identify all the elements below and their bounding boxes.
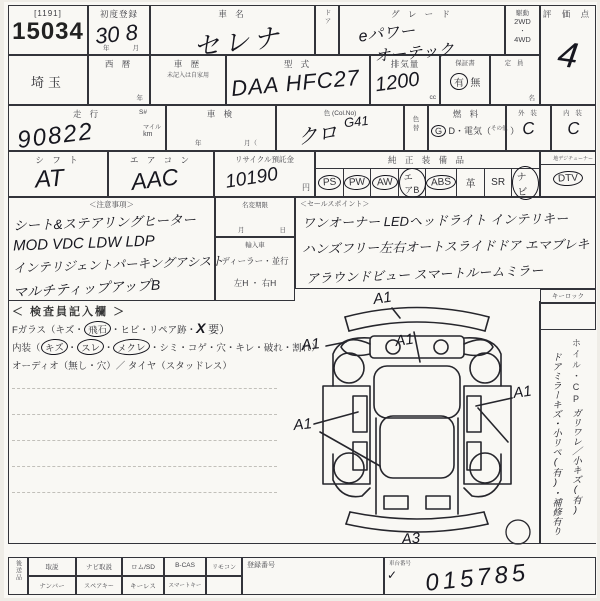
- kouso-box: 後送品: [8, 557, 28, 595]
- door-window-left-rear: [353, 442, 367, 470]
- lot-number: 15034: [9, 18, 87, 46]
- sidebar-hw-2: ドアミラーキズ・小リペ(有)・補修有り: [548, 352, 562, 544]
- equipment-item-aw: AW: [370, 169, 398, 196]
- interior-label: 内 装: [552, 108, 595, 117]
- equipment-item-ps: PS: [316, 169, 343, 196]
- cell-torisetsu: 取説: [28, 557, 76, 576]
- tuner-label: 地デジチューナー: [541, 152, 595, 165]
- guide-line: [12, 440, 277, 441]
- shareki-box: 車 歴 未記入は自家用: [150, 55, 226, 105]
- interior-line: 内装（キズ・スレ・メクレ・シミ・コゲ・穴・キレ・破れ・割れ）: [12, 339, 321, 355]
- notes-line-1: シート&ステアリングヒーター: [13, 207, 215, 234]
- displacement-box: 排気量 1200 cc: [370, 55, 440, 105]
- rear-lamp-right: [426, 496, 450, 509]
- interior-grade: C: [551, 118, 595, 141]
- shift-box: シ フ ト AT: [8, 151, 108, 197]
- cell-empty: [206, 576, 242, 595]
- fglass-mid: ・ヒビ・リペア跡・: [111, 325, 196, 336]
- door-window-right-front: [467, 396, 481, 432]
- aircon-box: エ ア コ ン AAC: [108, 151, 214, 197]
- lot-number-box: [1191] 15034: [8, 5, 88, 55]
- registration-number-box: 登録番号: [242, 557, 384, 595]
- name-change-label: 名変期限: [216, 200, 294, 209]
- shaken-label: 車 検: [167, 108, 275, 120]
- exterior-grade: C: [506, 117, 551, 141]
- equipment-item-sunroof: SR: [484, 169, 512, 196]
- sales-line-1: ワンオーナー LEDヘッドライト インテリキー: [302, 207, 595, 231]
- month-suffix: 月: [133, 43, 140, 52]
- displacement-value: 1200: [374, 66, 441, 98]
- rear-window: [380, 416, 454, 478]
- seireki-label: 西 暦: [89, 58, 149, 70]
- fglass-x-mark: X: [196, 320, 205, 336]
- fuel-label: 燃 料: [429, 108, 505, 120]
- interior-circled-kizu: キズ: [40, 338, 68, 356]
- exterior-box: 外 装 C: [506, 105, 551, 151]
- car-name-box: 車 名 セレナ: [150, 5, 315, 55]
- guide-line: [12, 466, 277, 467]
- equipment-item-airbag: エアB: [398, 169, 426, 196]
- first-registration-box: 初度登録 30 8 年 月: [88, 5, 150, 55]
- exterior-label: 外 装: [507, 108, 550, 117]
- prefecture-box: 埼玉: [8, 55, 88, 105]
- fuel-gasoline-circled: G: [431, 124, 447, 137]
- car-damage-diagram: A1 A1 A1 A1 A1 A3: [292, 284, 542, 546]
- equipment-label: 純 正 装 備 品: [316, 152, 539, 169]
- equipment-item-navi: ナビ: [511, 169, 539, 196]
- windshield: [374, 366, 460, 418]
- damage-code-left-door: A1: [292, 415, 313, 434]
- color-change-label-2: 替: [405, 123, 427, 132]
- cabin-sides: [376, 418, 458, 514]
- cell-number-plate: ナンバー: [28, 576, 76, 595]
- front-wheel-left: [334, 353, 364, 383]
- name-change-day: 日: [280, 225, 287, 234]
- color-box: 色 (Col.No) クロ G41: [276, 105, 404, 151]
- guide-line: [12, 388, 277, 389]
- fuel-box: 燃 料 G D・電気（その他 ）: [428, 105, 506, 151]
- damage-code-right-door: A1: [511, 383, 533, 403]
- cell-navi-torisetsu: ナビ取説: [76, 557, 122, 576]
- interior-pre: 内装（: [12, 343, 41, 354]
- dtv-box: 地デジチューナー DTV: [540, 151, 596, 197]
- lot-bracket: [1191]: [9, 9, 87, 18]
- chassis-number-box: 車台番号 ✓ 015785: [384, 557, 596, 595]
- recycle-yen: 円: [302, 182, 310, 193]
- year-suffix: 年: [103, 43, 110, 52]
- sidebar-hw-1: ガリワレ／小キズ(有): [568, 408, 582, 548]
- warranty-yes-circled: 有: [449, 72, 468, 90]
- cell-rom-sd: ロム/SD: [122, 557, 164, 576]
- shaken-year: 年: [195, 138, 202, 147]
- stamp-circle: [506, 520, 530, 544]
- drive-box: 駆動 2WD ・ 4WD: [505, 5, 540, 55]
- notes-box: ＜注意事項＞ シート&ステアリングヒーター MOD VDC LDW LDP イン…: [8, 197, 215, 301]
- import-hand-drive: 左H ・ 右H: [216, 277, 294, 289]
- interior-box: 内 装 C: [551, 105, 596, 151]
- shift-value: AT: [34, 162, 108, 195]
- interior-circled-mekure: メクレ: [113, 338, 151, 357]
- color-code: G41: [344, 113, 370, 130]
- fglass-post: 要）: [208, 324, 230, 336]
- rear-wheel-right: [470, 453, 500, 483]
- door-window-left-front: [353, 396, 367, 432]
- prefecture: 埼玉: [9, 72, 87, 91]
- damage-code-left-fender: A1: [300, 335, 321, 354]
- kouso-label: 後送品: [14, 560, 23, 593]
- drive-2wd: 2WD: [506, 17, 539, 26]
- name-change-month: 月: [238, 225, 245, 234]
- drive-4wd: 4WD: [506, 35, 539, 44]
- recycle-box: リサイクル預託金 10190 円: [214, 151, 315, 197]
- capacity-label: 定 員: [491, 58, 539, 67]
- notes-line-4: マルチティップアップB: [13, 272, 215, 302]
- score-label: 評 価 点: [541, 8, 595, 20]
- shaken-box: 車 検 年 月（: [166, 105, 276, 151]
- interior-circled-sure: スレ: [76, 338, 104, 356]
- guide-line: [12, 414, 277, 415]
- door-label: ドア: [323, 9, 332, 39]
- equipment-item-leather: 革: [456, 169, 484, 196]
- shaken-month: 月（: [244, 138, 257, 147]
- audio-tire-line: オーディオ（無し・穴）／ タイヤ（スタッドレス）: [12, 358, 232, 372]
- cell-keyless: キーレス: [122, 576, 164, 595]
- fglass-circled-tobiishi: 飛石: [83, 320, 111, 338]
- shareki-note: 未記入は自家用: [151, 70, 225, 79]
- model-box: 型 式 DAA HFC27: [226, 55, 370, 105]
- fglass-pre: Fガラス（キズ・: [12, 325, 84, 336]
- inspector-header: ＜ 検査員記入欄 ＞: [12, 303, 126, 319]
- displacement-unit: cc: [430, 94, 437, 101]
- sales-points-box: ＜セールスポイント＞ ワンオーナー LEDヘッドライト インテリキー ハンズフリ…: [295, 197, 596, 289]
- damage-code-hood: A1: [393, 331, 415, 351]
- fuel-rest: D・電気（: [449, 126, 492, 136]
- import-box: 輸入車 ディーラー・並行 左H ・ 右H: [215, 237, 295, 301]
- notes-line-2: MOD VDC LDW LDP: [13, 230, 214, 254]
- sales-line-2: ハンズフリー左右オートスライドドア エマブレキ: [302, 233, 595, 257]
- sales-line-3: アラウンドビュー スマートルームミラー: [306, 258, 595, 287]
- cell-spare-key: スペアキー: [76, 576, 122, 595]
- equipment-item-abs: ABS: [425, 169, 456, 196]
- door-box: ドア: [315, 5, 339, 55]
- mile-label: マイル: [143, 122, 161, 131]
- warranty-box: 保証書 有 無: [440, 55, 490, 105]
- capacity-box: 定 員 名: [490, 55, 540, 105]
- shareki-label: 車 歴: [151, 58, 225, 70]
- warranty-no: 無: [470, 78, 480, 89]
- leader-front: [392, 308, 400, 318]
- import-label: 輸入車: [216, 240, 294, 249]
- warranty-label: 保証書: [441, 58, 489, 67]
- score-box: 評 価 点 4: [540, 5, 596, 105]
- km-label: km: [143, 131, 161, 138]
- auction-sheet: [1191] 15034 初度登録 30 8 年 月 車 名 セレナ ドア グ …: [0, 0, 600, 601]
- rear-lamp-left: [384, 496, 408, 509]
- rear-fender-left: [333, 454, 370, 497]
- equipment-item-dtv: DTV: [553, 170, 584, 187]
- name-change-box: 名変期限 月 日: [215, 197, 295, 237]
- seireki-box: 西 暦 年: [88, 55, 150, 105]
- grade-box: グ レ ー ド eパワー オーテック: [339, 5, 505, 55]
- color-change-box: 色 替: [404, 105, 428, 151]
- front-bumper-outline: [345, 308, 489, 318]
- equipment-item-pw: PW: [343, 169, 371, 196]
- registration-number-label: 登録番号: [247, 560, 383, 570]
- fglass-line: Fガラス（キズ・飛石・ヒビ・リペア跡・X 要）: [12, 320, 230, 337]
- check-mark: ✓: [387, 568, 397, 582]
- door-window-right-rear: [467, 442, 481, 470]
- color-change-label-1: 色: [405, 114, 427, 123]
- drive-dot: ・: [506, 26, 539, 35]
- front-wheel-right: [470, 353, 500, 383]
- drive-label: 駆動: [506, 8, 539, 17]
- mileage-box: 走 行 S# 90822 マイル km: [8, 105, 166, 151]
- cell-bcas: B-CAS: [164, 557, 206, 576]
- damage-code-front: A1: [371, 289, 393, 309]
- equipment-box: 純 正 装 備 品 PS PW AW エアB ABS 革 SR ナビ: [315, 151, 540, 197]
- seireki-year-suffix: 年: [137, 93, 144, 102]
- rear-fender-right: [464, 454, 501, 497]
- capacity-unit: 名: [529, 93, 536, 102]
- rear-wheel-left: [334, 453, 364, 483]
- guide-line: [12, 492, 277, 493]
- wiper-right: [434, 340, 448, 354]
- cell-remocon: リモコン: [206, 557, 242, 576]
- import-dealer-parallel: ディーラー・並行: [216, 255, 294, 267]
- score-value: 4: [538, 30, 597, 79]
- cell-smart-key: スマートキー: [164, 576, 206, 595]
- rear-bumper-outline: [350, 512, 484, 519]
- main-bottom-rule: [8, 543, 596, 544]
